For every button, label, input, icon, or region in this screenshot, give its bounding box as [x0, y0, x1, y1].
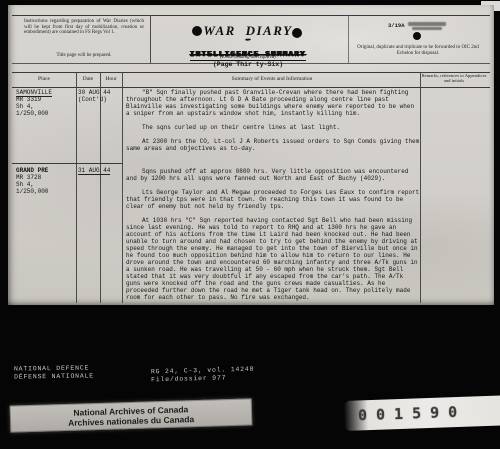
punch-hole-dot-top-right [413, 32, 421, 40]
map-reference: MR 3728 [16, 174, 48, 181]
erase-heading-note: (Erase heading not required) [168, 55, 328, 60]
map-sheet: Sh 4, [16, 181, 48, 188]
frame-counter: 001590 [344, 395, 500, 431]
entry1-place-cell: SAMONVILLE MR 3319 Sh 4, 1/250,000 [16, 89, 52, 117]
frame-counter-digits: 001590 [344, 403, 467, 425]
diary-paragraph: The sqns curled up on their centre lines… [126, 124, 420, 131]
entry1-summary-cell: "B" Sqn finally pushed past Granville-Cr… [126, 89, 420, 159]
map-sheet: Sh 4, [16, 103, 52, 110]
map-scale: 1/250,000 [16, 188, 48, 195]
document-paper: Instructions regarding preparation of Wa… [8, 5, 494, 305]
page-number-note: (Page Thir ty-Six) [168, 61, 328, 68]
header-divider-right [348, 15, 349, 63]
place-name: GRAND PRE [16, 167, 48, 174]
map-reference: MR 3319 [16, 96, 52, 103]
column-header-remarks: Remarks, references to Appendices and in… [421, 73, 487, 83]
column-header-place: Place [12, 76, 76, 82]
diary-paragraph: Sqns pushed off at approx 0800 hrs. Very… [126, 168, 420, 182]
form-number: 3/19A [388, 22, 405, 29]
national-defence-stamp: NATIONAL DEFENCE DÉFENSE NATIONALE [14, 364, 94, 380]
map-scale: 1/250,000 [16, 110, 52, 117]
column-line-date-hour [100, 72, 101, 303]
column-line-summary-remarks [420, 72, 421, 303]
header-top-rule [12, 15, 490, 16]
column-line-hour-summary [122, 72, 123, 303]
diary-paragraph: At 2300 hrs the CO, Lt-col J A Roberts i… [126, 138, 420, 152]
column-header-summary: Summary of Events and Information [124, 76, 420, 82]
row-divider [12, 163, 122, 164]
title-page-note: Title page will be prepared. [24, 53, 144, 59]
entry-date-contd: (Cont'd) [78, 96, 110, 103]
entry2-date-cell: 31 AUG 44 [78, 167, 110, 174]
illegible-form-print [408, 22, 446, 26]
column-header-hour: Hour [100, 76, 122, 82]
national-archives-stamp: National Archives of Canada Archives nat… [10, 398, 253, 432]
entry-date: 30 AUG 44 [78, 89, 110, 96]
instructions-note: Instructions regarding preparation of Wa… [24, 19, 144, 36]
scanned-war-diary-page: Instructions regarding preparation of Wa… [0, 0, 500, 449]
table-header-rule [12, 87, 490, 88]
column-line-place-date [76, 72, 77, 303]
entry-date: 31 AUG 44 [78, 167, 110, 175]
header-divider-left [150, 15, 151, 63]
disposal-note: Original, duplicate and triplicate to be… [354, 45, 482, 56]
table-top-rule [12, 72, 490, 73]
column-header-date: Date [76, 76, 100, 82]
entry1-date-cell: 30 AUG 44 (Cont'd) [78, 89, 110, 103]
diary-paragraph: "B" Sqn finally pushed past Granville-Cr… [126, 89, 420, 117]
illegible-form-print [412, 27, 442, 30]
entry2-summary-cell: Sqns pushed off at approx 0800 hrs. Very… [126, 168, 420, 308]
diary-paragraph: Lts George Taylor and Al Megaw proceeded… [126, 189, 420, 210]
diary-paragraph: At 1030 hrs "C" Sqn reported having cont… [126, 217, 420, 301]
stamp-line: DÉFENSE NATIONALE [14, 372, 94, 381]
entry2-place-cell: GRAND PRE MR 3728 Sh 4, 1/250,000 [16, 167, 48, 195]
record-group-stamp: RG 24, C-3, vol. 14248 File/dossier 977 [151, 366, 255, 384]
